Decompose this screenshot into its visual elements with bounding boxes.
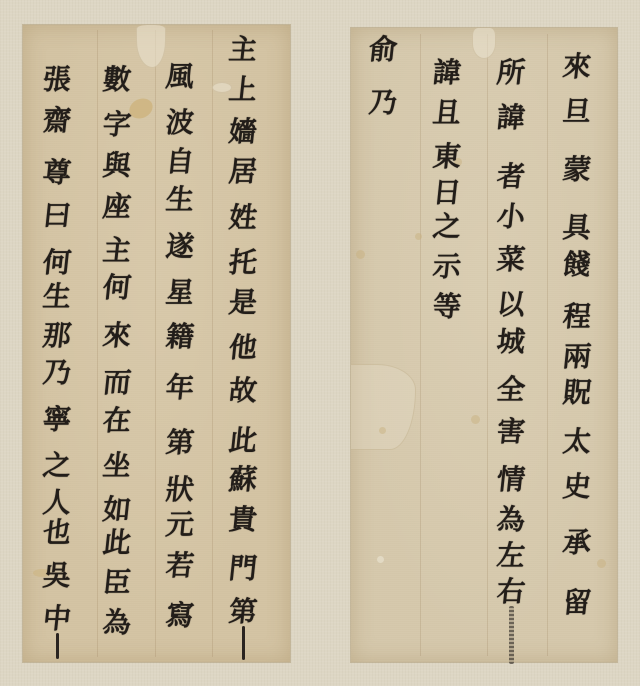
calligraphy-character: 狀	[160, 472, 200, 508]
calligraphy-character: 托	[223, 245, 263, 281]
calligraphy-character: 諱	[427, 55, 467, 91]
foxing-spot	[379, 427, 386, 434]
brush-tail-stroke	[509, 606, 514, 664]
calligraphy-character: 如	[97, 492, 137, 528]
calligraphy-character: 貴	[223, 502, 263, 538]
calligraphy-character: 具	[557, 210, 597, 246]
calligraphy-character: 生	[37, 279, 77, 315]
calligraphy-character: 張	[37, 62, 77, 98]
calligraphy-character: 示	[427, 249, 467, 285]
calligraphy-character: 蒙	[557, 152, 597, 188]
calligraphy-character: 主	[223, 32, 263, 68]
calligraphy-character: 第	[223, 594, 263, 630]
calligraphy-character: 旦	[557, 94, 597, 130]
calligraphy-character: 日	[427, 175, 467, 211]
calligraphy-character: 姓	[223, 200, 263, 236]
foxing-spot	[415, 233, 422, 240]
calligraphy-character: 風	[160, 59, 200, 95]
calligraphy-character: 以	[491, 287, 531, 323]
column-rule	[487, 34, 488, 656]
calligraphy-character: 也	[37, 515, 77, 551]
foxing-spot	[356, 250, 365, 259]
brush-tail-stroke	[242, 626, 245, 660]
calligraphy-character: 臣	[97, 565, 137, 601]
calligraphy-character: 左	[491, 538, 531, 574]
calligraphy-character: 承	[557, 525, 597, 561]
calligraphy-character: 那	[37, 318, 77, 354]
calligraphy-character: 害	[491, 414, 531, 450]
foxing-spot	[471, 415, 480, 424]
column-rule	[420, 34, 421, 656]
calligraphy-character: 且	[427, 95, 467, 131]
calligraphy-character: 字	[97, 107, 137, 143]
calligraphy-character: 主	[97, 233, 137, 269]
calligraphy-character: 而	[97, 365, 137, 401]
calligraphy-character: 波	[160, 105, 200, 141]
calligraphy-character: 寧	[37, 402, 77, 438]
calligraphy-character: 城	[491, 324, 531, 360]
calligraphy-character: 寫	[160, 598, 200, 634]
calligraphy-character: 蘇	[223, 462, 263, 498]
calligraphy-character: 自	[160, 144, 200, 180]
foxing-spot	[597, 559, 606, 568]
calligraphy-character: 情	[491, 462, 531, 498]
calligraphy-character: 為	[97, 605, 137, 641]
calligraphy-character: 年	[160, 370, 200, 406]
column-rule	[155, 30, 156, 657]
calligraphy-character: 來	[557, 49, 597, 85]
calligraphy-character: 數	[97, 62, 137, 98]
calligraphy-character: 與	[97, 148, 137, 184]
calligraphy-character: 生	[160, 182, 200, 218]
calligraphy-character: 是	[223, 285, 263, 321]
calligraphy-character: 程	[557, 299, 597, 335]
calligraphy-character: 太	[557, 424, 597, 460]
calligraphy-character: 貺	[557, 375, 597, 411]
water-stain	[472, 28, 496, 59]
calligraphy-character: 元	[160, 507, 200, 543]
calligraphy-character: 此	[97, 525, 137, 561]
calligraphy-character: 齋	[37, 103, 77, 139]
calligraphy-character: 者	[491, 159, 531, 195]
calligraphy-character: 來	[97, 318, 137, 354]
calligraphy-character: 第	[160, 425, 200, 461]
calligraphy-character: 為	[491, 502, 531, 538]
calligraphy-character: 中	[37, 601, 77, 637]
calligraphy-character: 此	[223, 423, 263, 459]
calligraphy-character: 留	[557, 585, 597, 621]
calligraphy-character: 尊	[37, 155, 77, 191]
calligraphy-character: 右	[491, 574, 531, 610]
calligraphy-character: 俞	[363, 32, 403, 68]
calligraphy-character: 等	[427, 289, 467, 325]
calligraphy-character: 乃	[363, 85, 403, 121]
calligraphy-character: 座	[97, 189, 137, 225]
calligraphy-character: 何	[37, 245, 77, 281]
calligraphy-character: 星	[160, 275, 200, 311]
calligraphy-character: 兩	[557, 339, 597, 375]
calligraphy-character: 坐	[97, 448, 137, 484]
column-rule	[547, 34, 548, 656]
calligraphy-character: 諱	[491, 100, 531, 136]
calligraphy-character: 籍	[160, 319, 200, 355]
album-mount: 主上嬙居姓托是他故此蘇貴門第風波自生遂星籍年第狀元若寫數字與座主何來而在坐如此臣…	[0, 0, 640, 686]
calligraphy-character: 門	[223, 551, 263, 587]
calligraphy-character: 之	[37, 448, 77, 484]
calligraphy-character: 菜	[491, 242, 531, 278]
column-rule	[212, 30, 213, 657]
calligraphy-character: 乃	[37, 355, 77, 391]
calligraphy-character: 何	[97, 270, 137, 306]
calligraphy-character: 故	[223, 373, 263, 409]
calligraphy-character: 所	[491, 55, 531, 91]
calligraphy-character: 嬙	[223, 114, 263, 150]
calligraphy-character: 他	[223, 330, 263, 366]
brush-tail-stroke	[56, 633, 59, 659]
calligraphy-character: 遂	[160, 229, 200, 265]
calligraphy-character: 餞	[557, 247, 597, 283]
calligraphy-character: 居	[223, 154, 263, 190]
calligraphy-character: 全	[491, 372, 531, 408]
calligraphy-character: 吳	[37, 558, 77, 594]
calligraphy-character: 小	[491, 199, 531, 235]
calligraphy-character: 上	[223, 72, 263, 108]
calligraphy-character: 在	[97, 403, 137, 439]
calligraphy-character: 若	[160, 548, 200, 584]
calligraphy-character: 之	[427, 209, 467, 245]
foxing-spot	[377, 556, 384, 563]
calligraphy-character: 東	[427, 139, 467, 175]
calligraphy-character: 曰	[37, 198, 77, 234]
calligraphy-character: 史	[557, 469, 597, 505]
